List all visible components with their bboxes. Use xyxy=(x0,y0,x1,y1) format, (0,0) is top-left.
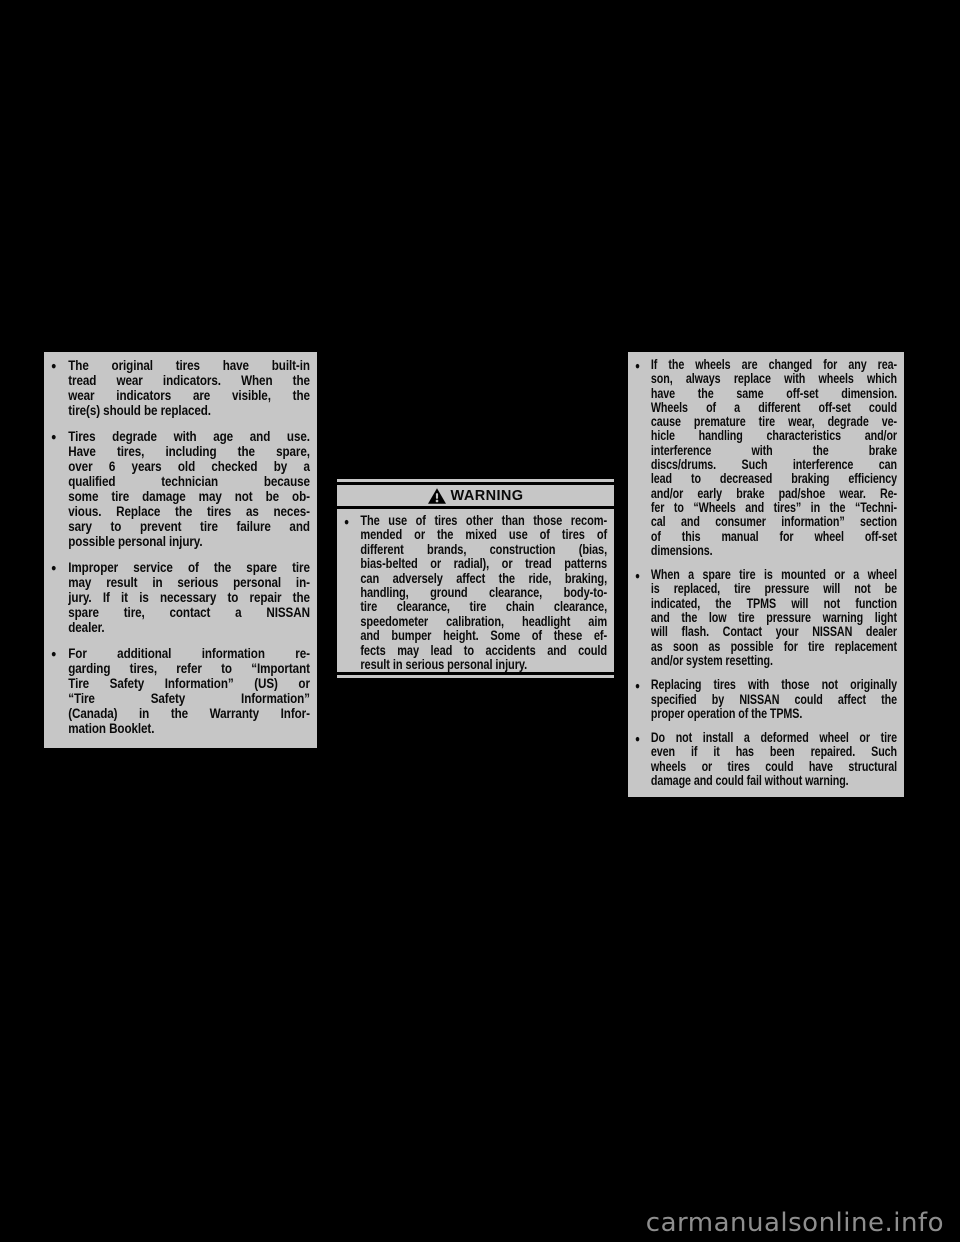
bullet-icon: ● xyxy=(344,514,360,672)
text-line: as soon as possible for tire replacement xyxy=(651,640,897,654)
bullet-item: ●Improper service of the spare tiremay r… xyxy=(51,560,310,635)
text-line: and/or early brake pad/shoe wear. Re- xyxy=(651,487,897,501)
bullet-icon: ● xyxy=(51,646,68,736)
text-line: (Canada) in the Warranty Infor- xyxy=(68,706,310,721)
text-line: Have tires, including the spare, xyxy=(68,444,310,459)
text-line: have the same off-set dimension. xyxy=(651,387,897,401)
warning-body: ●The use of tires other than those recom… xyxy=(337,509,614,676)
text-line: even if it has been repaired. Such xyxy=(651,745,897,759)
text-line: possible personal injury. xyxy=(68,534,310,549)
text-line: dimensions. xyxy=(651,544,897,558)
text-line: mation Booklet. xyxy=(68,721,310,736)
text-line: and the low tire pressure warning light xyxy=(651,611,897,625)
text-line: tire clearance, tire chain clearance, xyxy=(360,600,607,614)
text-line: can adversely affect the ride, braking, xyxy=(360,572,607,586)
text-line: jury. If it is necessary to repair the xyxy=(68,590,310,605)
bullet-icon: ● xyxy=(635,678,651,721)
text-line: son, always replace with wheels which xyxy=(651,372,897,386)
text-line: hicle handling characteristics and/or xyxy=(651,429,897,443)
text-line: The use of tires other than those recom- xyxy=(360,514,607,528)
warning-frame: WARNING ●The use of tires other than tho… xyxy=(337,482,614,675)
text-line: and/or system resetting. xyxy=(651,654,897,668)
warning-triangle-icon xyxy=(428,488,446,504)
bullet-item: ●For additional information re-garding t… xyxy=(51,646,310,736)
text-line: will flash. Contact your NISSAN dealer xyxy=(651,625,897,639)
text-line: Tires degrade with age and use. xyxy=(68,429,310,444)
text-line: vious. Replace the tires as neces- xyxy=(68,504,310,519)
text-line: qualified technician because xyxy=(68,474,310,489)
bullet-item: ●Do not install a deformed wheel or tire… xyxy=(635,731,897,788)
text-line: fer to “Wheels and tires” in the “Techni… xyxy=(651,501,897,515)
text-line: proper operation of the TPMS. xyxy=(651,707,897,721)
text-line: indicated, the TPMS will not function xyxy=(651,597,897,611)
text-line: The original tires have built-in xyxy=(68,358,310,373)
text-line: dealer. xyxy=(68,620,310,635)
text-line: fects may lead to accidents and could xyxy=(360,644,607,658)
text-line: over 6 years old checked by a xyxy=(68,459,310,474)
bullet-item: ●Replacing tires with those not original… xyxy=(635,678,897,721)
bullet-item: ●When a spare tire is mounted or a wheel… xyxy=(635,568,897,668)
text-line: sary to prevent tire failure and xyxy=(68,519,310,534)
bullet-icon: ● xyxy=(51,358,68,418)
bullet-item: ●If the wheels are changed for any rea-s… xyxy=(635,358,897,558)
bullet-icon: ● xyxy=(51,429,68,549)
text-line: Tire Safety Information” (US) or xyxy=(68,676,310,691)
tire-info-box: ●The original tires have built-intread w… xyxy=(44,352,317,748)
bullet-icon: ● xyxy=(635,568,651,668)
text-line: Wheels of a different off-set could xyxy=(651,401,897,415)
text-line: Replacing tires with those not originall… xyxy=(651,678,897,692)
warning-bullet-list: ●The use of tires other than those recom… xyxy=(344,514,607,672)
warning-header: WARNING xyxy=(337,485,614,509)
text-line: When a spare tire is mounted or a wheel xyxy=(651,568,897,582)
text-line: lead to decreased braking efficiency xyxy=(651,472,897,486)
bullet-item: ●The use of tires other than those recom… xyxy=(344,514,607,672)
text-line: garding tires, refer to “Important xyxy=(68,661,310,676)
warning-title: WARNING xyxy=(451,488,524,504)
text-line: Improper service of the spare tire xyxy=(68,560,310,575)
text-line: some tire damage may not be ob- xyxy=(68,489,310,504)
watermark-text: carmanualsonline.info xyxy=(646,1208,944,1238)
text-line: “Tire Safety Information” xyxy=(68,691,310,706)
text-line: tire(s) should be replaced. xyxy=(68,403,310,418)
wheel-info-bullet-list: ●If the wheels are changed for any rea-s… xyxy=(635,358,897,788)
text-line: spare tire, contact a NISSAN xyxy=(68,605,310,620)
text-line: discs/drums. Such interference can xyxy=(651,458,897,472)
text-line: damage and could fail without warning. xyxy=(651,774,897,788)
text-line: is replaced, tire pressure will not be xyxy=(651,582,897,596)
text-line: Do not install a deformed wheel or tire xyxy=(651,731,897,745)
text-line: of this manual for wheel off-set xyxy=(651,530,897,544)
text-line: specified by NISSAN could affect the xyxy=(651,693,897,707)
text-line: may result in serious personal in- xyxy=(68,575,310,590)
text-line: mended or the mixed use of tires of xyxy=(360,528,607,542)
text-line: different brands, construction (bias, xyxy=(360,543,607,557)
bullet-icon: ● xyxy=(635,731,651,788)
text-line: handling, ground clearance, body-to- xyxy=(360,586,607,600)
text-line: cause premature tire wear, degrade ve- xyxy=(651,415,897,429)
text-line: interference with the brake xyxy=(651,444,897,458)
tire-info-bullet-list: ●The original tires have built-intread w… xyxy=(51,358,310,736)
text-line: For additional information re- xyxy=(68,646,310,661)
bullet-icon: ● xyxy=(635,358,651,558)
text-line: wheels or tires could have structural xyxy=(651,760,897,774)
text-line: tread wear indicators. When the xyxy=(68,373,310,388)
wheel-info-box: ●If the wheels are changed for any rea-s… xyxy=(628,352,904,797)
text-line: and bumper height. Some of these ef- xyxy=(360,629,607,643)
text-line: bias-belted or radial), or tread pattern… xyxy=(360,557,607,571)
bullet-icon: ● xyxy=(51,560,68,635)
warning-box: WARNING ●The use of tires other than tho… xyxy=(337,479,614,678)
text-line: cal and consumer information” section xyxy=(651,515,897,529)
text-line: speedometer calibration, headlight aim xyxy=(360,615,607,629)
bullet-item: ●The original tires have built-intread w… xyxy=(51,358,310,418)
bullet-item: ●Tires degrade with age and use.Have tir… xyxy=(51,429,310,549)
manual-page: ●The original tires have built-intread w… xyxy=(0,0,960,1242)
text-line: If the wheels are changed for any rea- xyxy=(651,358,897,372)
text-line: result in serious personal injury. xyxy=(360,658,607,672)
text-line: wear indicators are visible, the xyxy=(68,388,310,403)
